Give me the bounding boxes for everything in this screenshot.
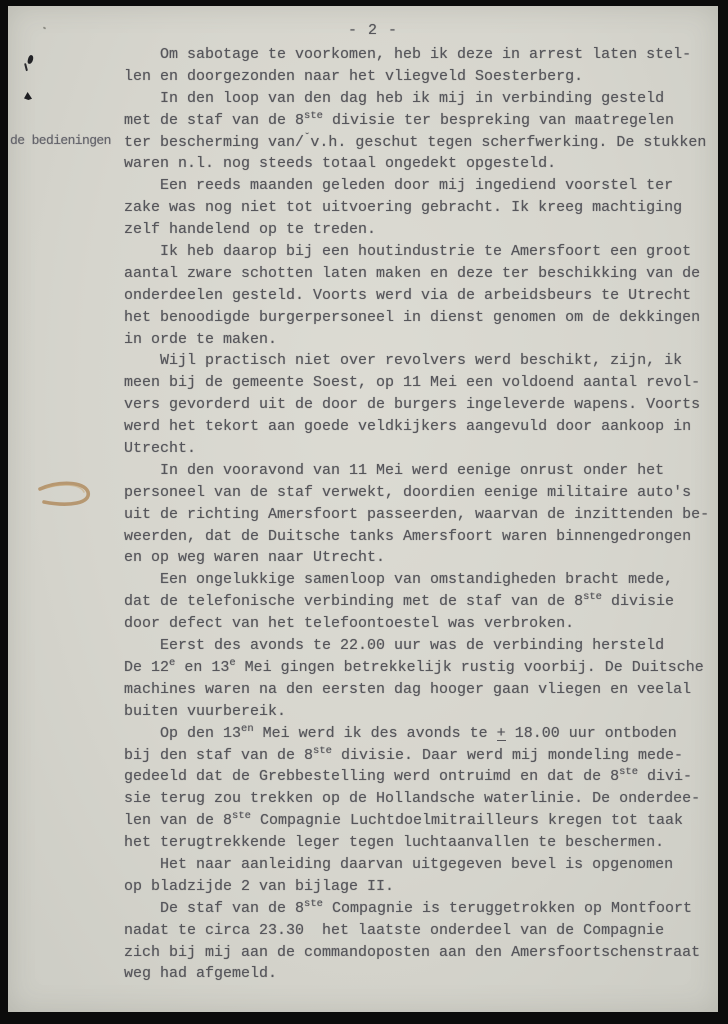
superscript-ordinal: ste: [304, 110, 323, 122]
superscript-ordinal: ste: [304, 898, 323, 910]
document-line: ter bescherming van/ˇv.h. geschut tegen …: [124, 132, 714, 154]
document-line: vers gevorderd uit de door de burgers in…: [124, 394, 714, 416]
document-line: weg had afgemeld.: [124, 963, 714, 985]
document-line: in orde te maken.: [124, 329, 714, 351]
superscript-ordinal: ste: [619, 766, 638, 778]
document-line: personeel van de staf verwekt, doordien …: [124, 482, 714, 504]
document-line: weerden, dat de Duitsche tanks Amersfoor…: [124, 526, 714, 548]
document-line: door defect van het telefoontoestel was …: [124, 613, 714, 635]
margin-annotation: de bedieningen: [10, 133, 111, 148]
superscript-ordinal: ste: [583, 591, 602, 603]
document-line: In den vooravond van 11 Mei werd eenige …: [124, 460, 714, 482]
document-line: Wijl practisch niet over revolvers werd …: [124, 350, 714, 372]
document-line: onderdeelen gesteld. Voorts werd via de …: [124, 285, 714, 307]
superscript-ordinal: e: [229, 657, 235, 669]
document-line: machines waren na den eersten dag hooger…: [124, 679, 714, 701]
document-line: aantal zware schotten laten maken en dez…: [124, 263, 714, 285]
superscript-ordinal: ste: [232, 810, 251, 822]
document-line: werd het tekort aan goede veldkijkers aa…: [124, 416, 714, 438]
document-line: Ik heb daarop bij een houtindustrie te A…: [124, 241, 714, 263]
paperclip-rust-stain: [32, 474, 96, 518]
document-line: gedeeld dat de Grebbestelling werd ontru…: [124, 766, 714, 788]
document-line: met de staf van de 8ste divisie ter besp…: [124, 110, 714, 132]
document-line: meen bij de gemeente Soest, op 11 Mei ee…: [124, 372, 714, 394]
document-line: De 12e en 13e Mei gingen betrekkelijk ru…: [124, 657, 714, 679]
paper-speck: [43, 26, 47, 29]
document-line: het benoodigde burgerpersoneel in dienst…: [124, 307, 714, 329]
superscript-ordinal: ste: [313, 745, 332, 757]
page-number: - 2 -: [348, 22, 398, 39]
document-line: Om sabotage te voorkomen, heb ik deze in…: [124, 44, 714, 66]
superscript-ordinal: e: [169, 657, 175, 669]
document-line: Eerst des avonds te 22.00 uur was de ver…: [124, 635, 714, 657]
superscript-ordinal: en: [241, 723, 254, 735]
document-line: zelf handelend op te treden.: [124, 219, 714, 241]
document-line: het terugtrekkende leger tegen luchtaanv…: [124, 832, 714, 854]
text-block: Om sabotage te voorkomen, heb ik deze in…: [124, 44, 714, 985]
document-line: Op den 13en Mei werd ik des avonds te + …: [124, 723, 714, 745]
document-line: zake was nog niet tot uitvoering gebrach…: [124, 197, 714, 219]
document-line: len van de 8ste Compagnie Luchtdoelmitra…: [124, 810, 714, 832]
ink-mark: [27, 55, 34, 65]
document-line: In den loop van den dag heb ik mij in ve…: [124, 88, 714, 110]
document-line: bij den staf van de 8ste divisie. Daar w…: [124, 745, 714, 767]
document-line: zich bij mij aan de commandoposten aan d…: [124, 942, 714, 964]
document-line: nadat te circa 23.30 het laatste onderde…: [124, 920, 714, 942]
document-line: Utrecht.: [124, 438, 714, 460]
document-line: De staf van de 8ste Compagnie is terugge…: [124, 898, 714, 920]
document-line: Een ongelukkige samenloop van omstandigh…: [124, 569, 714, 591]
document-line: en op weg waren naar Utrecht.: [124, 547, 714, 569]
ink-mark: [24, 92, 32, 100]
document-line: dat de telefonische verbinding met de st…: [124, 591, 714, 613]
document-line: len en doorgezonden naar het vliegveld S…: [124, 66, 714, 88]
superscript-ordinal: ˇ: [304, 132, 310, 144]
document-line: buiten vuurbereik.: [124, 701, 714, 723]
document-line: op bladzijde 2 van bijlage II.: [124, 876, 714, 898]
document-line: sie terug zou trekken op de Hollandsche …: [124, 788, 714, 810]
document-line: uit de richting Amersfoort passeerden, w…: [124, 504, 714, 526]
document-line: waren n.l. nog steeds totaal ongedekt op…: [124, 153, 714, 175]
document-page: - 2 - de bedieningen Om sabotage te voor…: [8, 6, 718, 1012]
plus-minus-sign: +: [497, 727, 506, 741]
document-line: Het naar aanleiding daarvan uitgegeven b…: [124, 854, 714, 876]
document-line: Een reeds maanden geleden door mij inged…: [124, 175, 714, 197]
